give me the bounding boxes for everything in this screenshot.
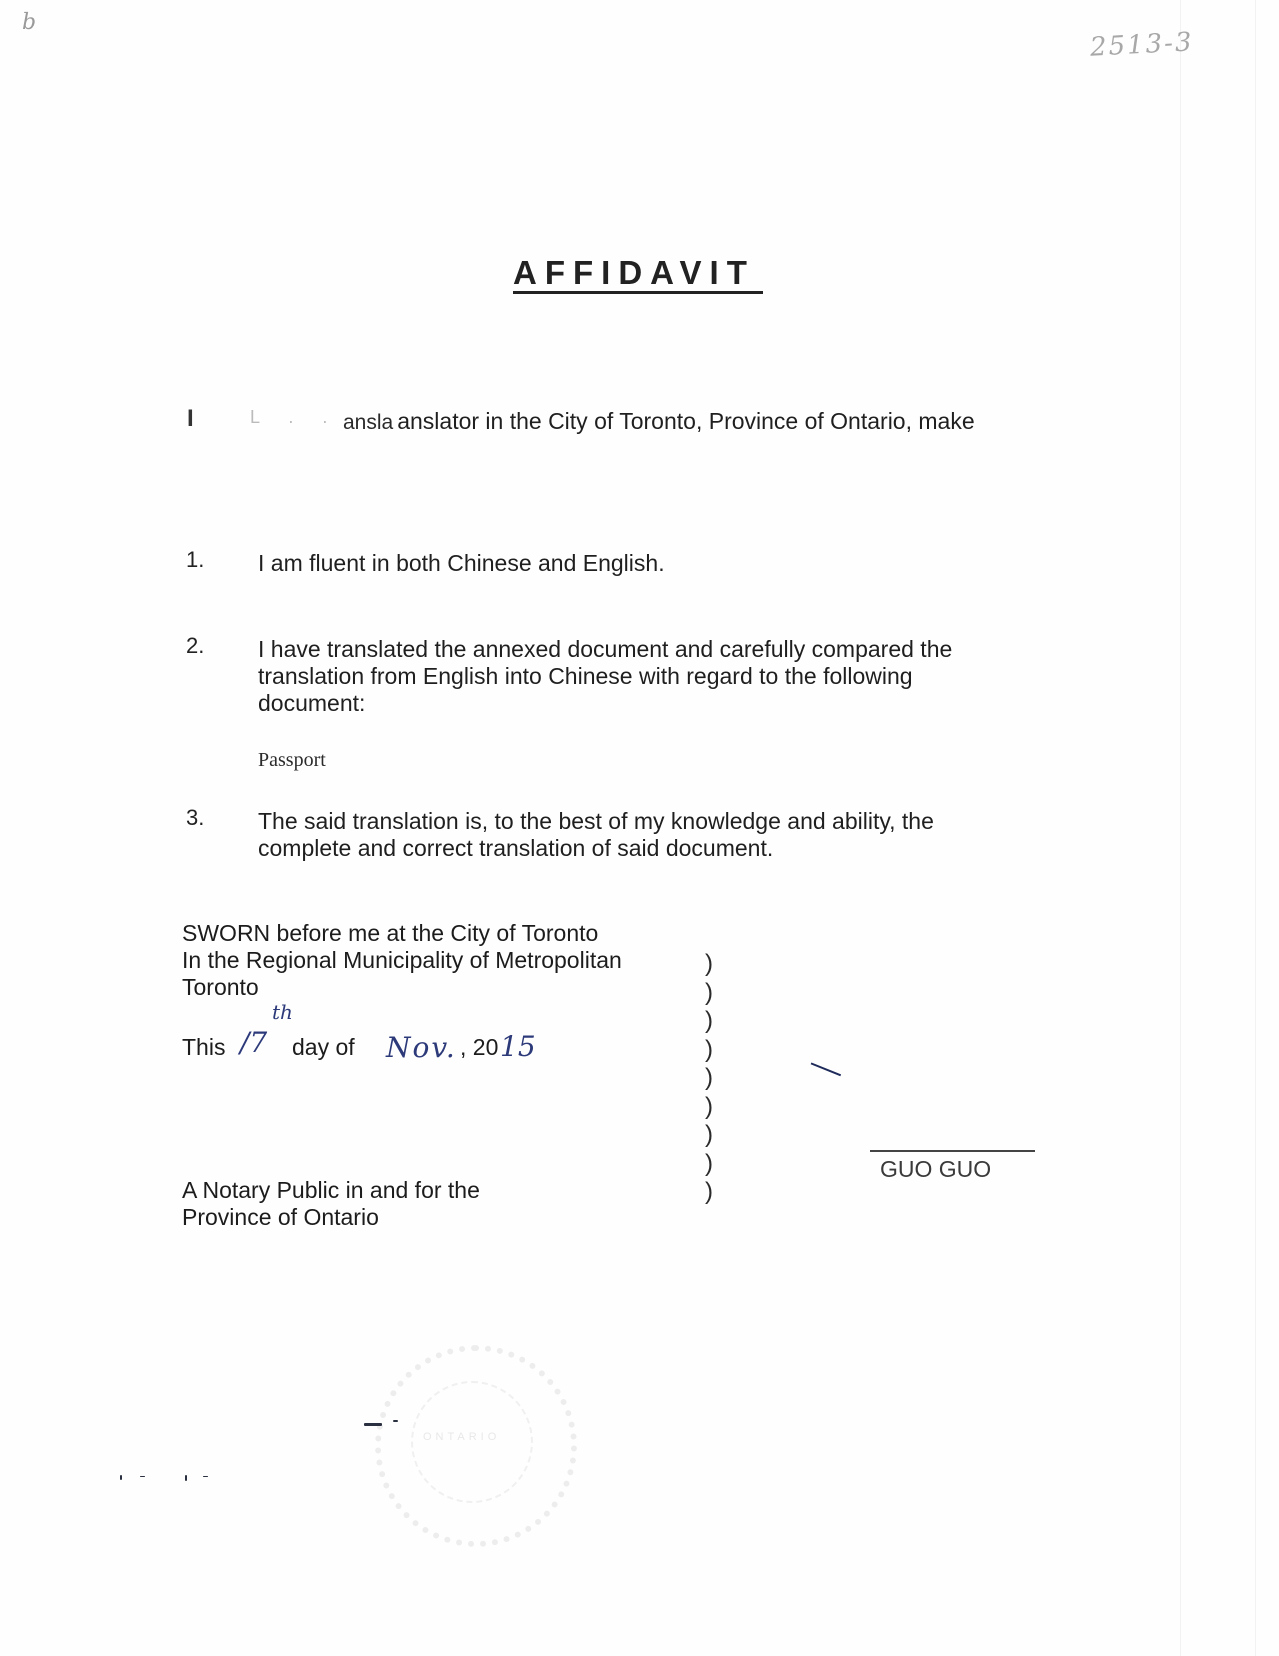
jurat-line: SWORN before me at the City of Toronto [182,920,622,947]
paragraph-line: document: [258,690,952,717]
intro-partial-word: ansla [343,411,393,434]
handwritten-year-suffix: 15 [500,1030,536,1063]
jurat-line: In the Regional Municipality of Metropol… [182,947,622,974]
scan-speck [120,1475,122,1480]
paragraph-line: I am fluent in both Chinese and English. [258,550,665,577]
signature-stroke [807,1062,841,1085]
jurat-line: Toronto [182,974,622,1001]
jurat-this-label: This [182,1034,225,1061]
redacted-name: L . . [250,407,339,428]
jurat-day-of-label: day of [292,1034,355,1061]
bracket: ) [705,1121,713,1150]
notary-line: A Notary Public in and for the [182,1177,480,1204]
scan-artifact-line [1255,0,1256,1656]
paragraph-line: translation from English into Chinese wi… [258,663,952,690]
paragraph-line: complete and correct translation of said… [258,835,934,862]
bracket-column: ) ) ) ) ) ) ) ) ) [705,950,713,1207]
bracket: ) [705,950,713,979]
signatory-name: GUO GUO [880,1156,991,1183]
bracket: ) [705,1150,713,1179]
scan-speck [185,1475,187,1481]
notary-line: Province of Ontario [182,1204,480,1231]
scan-speck [393,1420,398,1422]
scan-speck [203,1476,208,1477]
title-underline [513,291,763,294]
bracket: ) [705,1007,713,1036]
jurat-year-prefix: , 20 [460,1034,498,1061]
bracket: ) [705,1093,713,1122]
bracket: ) [705,1036,713,1065]
handwritten-month: Nov. [386,1031,457,1064]
intro-leading-mark: I [187,405,194,433]
intro-text: anslator in the City of Toronto, Provinc… [397,408,974,434]
paragraph-1: I am fluent in both Chinese and English. [258,550,665,577]
jurat-statement: SWORN before me at the City of Toronto I… [182,920,622,1001]
handwritten-corner-mark: b [22,10,36,35]
paragraph-3: The said translation is, to the best of … [258,808,934,862]
document-name: Passport [258,749,326,772]
bracket: ) [705,1178,713,1207]
intro-statement: anslaanslator in the City of Toronto, Pr… [343,408,975,436]
notary-designation: A Notary Public in and for the Province … [182,1177,480,1231]
paragraph-line: I have translated the annexed document a… [258,636,952,663]
bracket: ) [705,1064,713,1093]
notary-seal-emboss: ONTARIO [375,1345,577,1547]
scan-artifact-line [1180,0,1181,1656]
affidavit-page: b 2513-3 AFFIDAVIT I L . . anslaanslator… [0,0,1279,1656]
paragraph-line: The said translation is, to the best of … [258,808,934,835]
paragraph-number: 1. [186,547,204,573]
scan-speck [364,1423,382,1426]
bracket: ) [705,979,713,1008]
handwritten-reference-number: 2513-3 [1089,27,1194,62]
scan-speck [140,1476,145,1477]
signature-line [870,1150,1035,1152]
paragraph-number: 2. [186,633,204,659]
seal-text: ONTARIO [423,1431,500,1443]
document-title: AFFIDAVIT [513,254,755,292]
paragraph-number: 3. [186,805,204,831]
handwritten-day: /7 [240,1026,267,1059]
handwritten-day-superscript: th [272,1000,293,1024]
paragraph-2: I have translated the annexed document a… [258,636,952,717]
